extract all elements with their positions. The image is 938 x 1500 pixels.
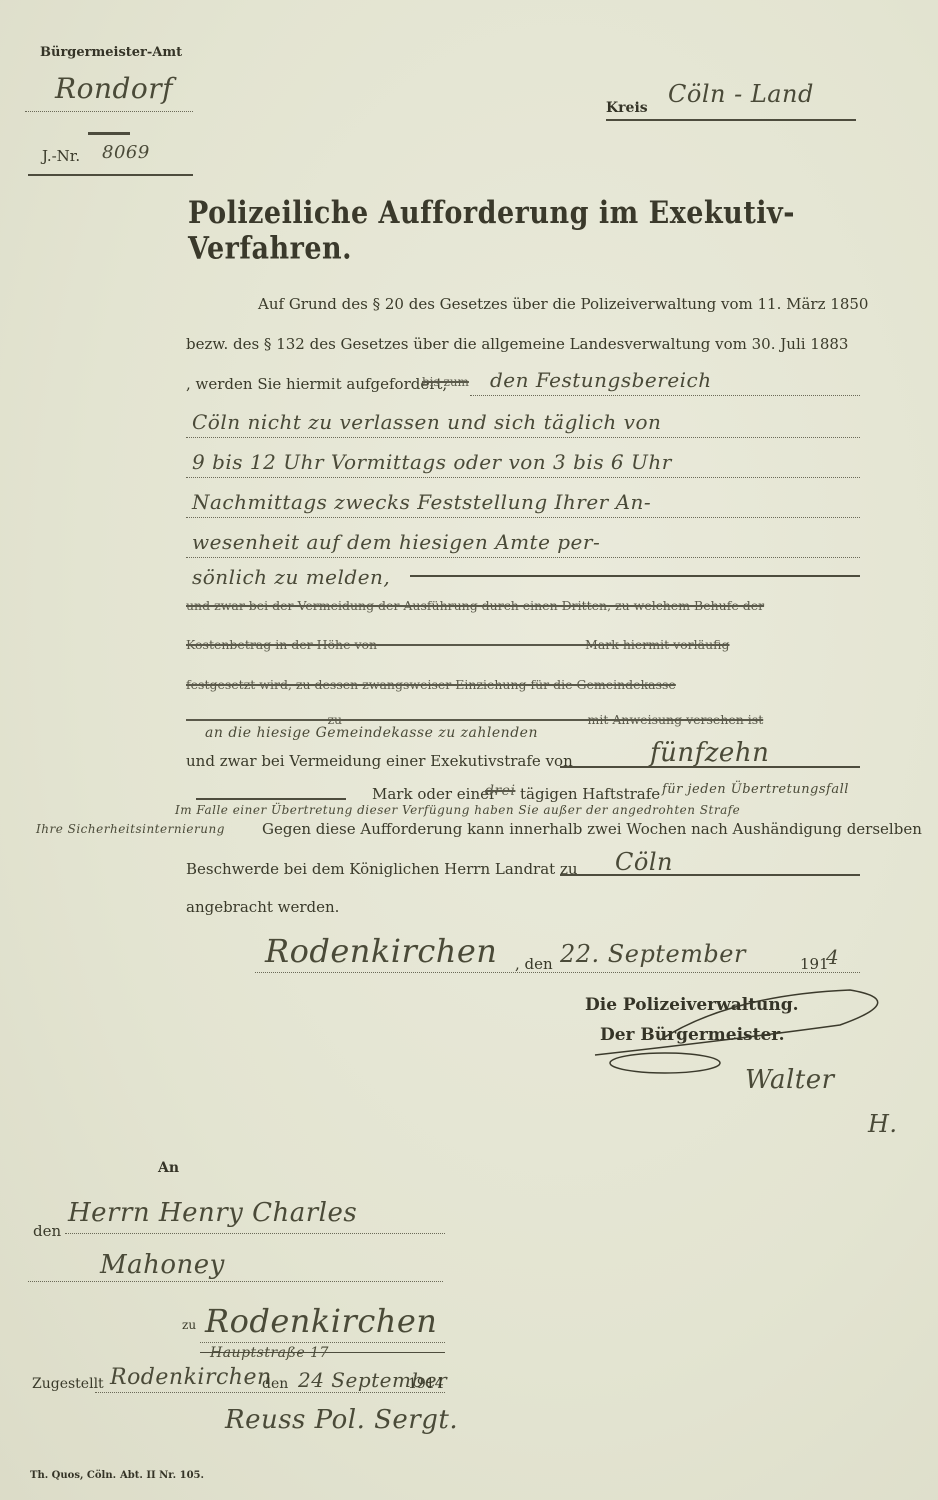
mark-text: Mark oder einer [372,785,496,803]
rule-line-3 [186,477,860,478]
handwritten-note-1: Im Falle einer Übertretung dieser Verfüg… [175,803,740,817]
struck-line-1: und zwar bei der Vermeidung der Ausführu… [186,598,764,613]
penalty-prefix: und zwar bei Vermeidung einer Exekutivst… [186,752,573,770]
rule-line-5 [186,557,860,558]
legal-basis-line-1: Auf Grund des § 20 des Gesetzes über die… [258,295,868,313]
printer-imprint: Th. Quos, Cöln. [30,1470,116,1481]
addressee-town-rule [200,1342,445,1343]
delivery-signature: Reuss Pol. Sergt. [225,1405,458,1435]
addressee-street-rule [200,1352,445,1353]
form-number: Abt. II Nr. 105. [120,1470,204,1481]
date-den-label: , den [515,955,553,973]
office-label: Bürgermeister-Amt [40,45,182,60]
signature: Walter [745,1065,835,1095]
penalty-rule [560,766,860,768]
addressee-zu-label: zu [182,1318,196,1332]
order-line-2: Cöln nicht zu verlassen und sich täglich… [192,410,661,434]
order-line-6: sönlich zu melden, [192,565,390,589]
appeal-line-3: angebracht werden. [186,898,339,916]
delivery-den-label: den [262,1376,288,1392]
district-name: Cöln - Land [668,80,814,108]
addressee-name-line-2: Mahoney [100,1250,225,1280]
addressee-an-label: An [158,1160,179,1176]
office-name-rule [25,111,193,112]
order-line-1: den Festungsbereich [490,368,712,392]
appeal-text: Gegen diese Aufforderung kann innerhalb … [262,820,922,838]
order-line-5: wesenheit auf dem hiesigen Amte per- [192,530,600,554]
office-name: Rondorf [55,72,173,105]
addressee-town: Rodenkirchen [205,1302,437,1340]
journal-label: J.-Nr. [42,147,80,165]
legal-basis-line-2: bezw. des § 132 des Gesetzes über die al… [186,335,848,353]
struck-line-2: Kostenbetrag in der Höhe von ———————————… [186,637,730,652]
signature-initial: H. [868,1110,898,1138]
penalty-amount: fünfzehn [650,738,769,768]
addressee-den-label: den [33,1222,61,1240]
delivery-rule [95,1392,445,1393]
delivery-year: 1914 [408,1376,444,1392]
handwritten-note-2: Ihre Sicherheitsinternierung [36,822,225,836]
rule-line-1 [470,395,860,396]
order-line-3: 9 bis 12 Uhr Vormittags oder von 3 bis 6… [192,450,672,474]
detention-handwritten: für jeden Übertretungsfall [662,782,849,797]
addressee-street: Hauptstraße 17 [210,1345,329,1361]
delivery-label: Zugestellt [32,1376,104,1392]
dateline-rule [255,972,860,973]
order-line-4: Nachmittags zwecks Feststellung Ihrer An… [192,490,651,514]
signature-flourish-icon [580,980,900,1110]
year-prefix: 191 [800,955,829,973]
rule-line-6 [410,575,860,577]
appeal-city-rule [560,874,860,876]
document-title: Polizeiliche Aufforderung im Exekutiv-Ve… [188,195,938,266]
district-rule [606,119,856,121]
struck-line-3: festgesetzt wird, zu dessen zwangsweiser… [186,677,676,692]
appeal-line-2: Beschwerde bei dem Königlichen Herrn Lan… [186,860,578,878]
detention-text: tägigen Haftstrafe [520,785,660,803]
journal-number: 8069 [102,142,150,163]
year-suffix: 4 [826,945,839,969]
rule-line-4 [186,517,860,518]
mark-struck: drei [485,783,515,799]
journal-rule [28,174,193,176]
divider-bar [88,132,130,135]
addressee-rule-1 [65,1233,445,1234]
addressee-rule-2 [28,1281,443,1282]
request-prefix: , werden Sie hiermit aufgefordert, [186,375,447,393]
handwritten-insert: an die hiesige Gemeindekasse zu zahlende… [205,725,538,741]
date-value: 22. September [560,940,746,968]
rule-line-2 [186,437,860,438]
delivery-place: Rodenkirchen [110,1365,272,1390]
district-label: Kreis [606,100,648,116]
appeal-city: Cöln [615,848,673,876]
struck-bis-zum: bis zum [422,375,469,389]
mark-rule [196,798,346,800]
date-place: Rodenkirchen [265,932,497,970]
addressee-name-line-1: Herrn Henry Charles [68,1198,357,1228]
